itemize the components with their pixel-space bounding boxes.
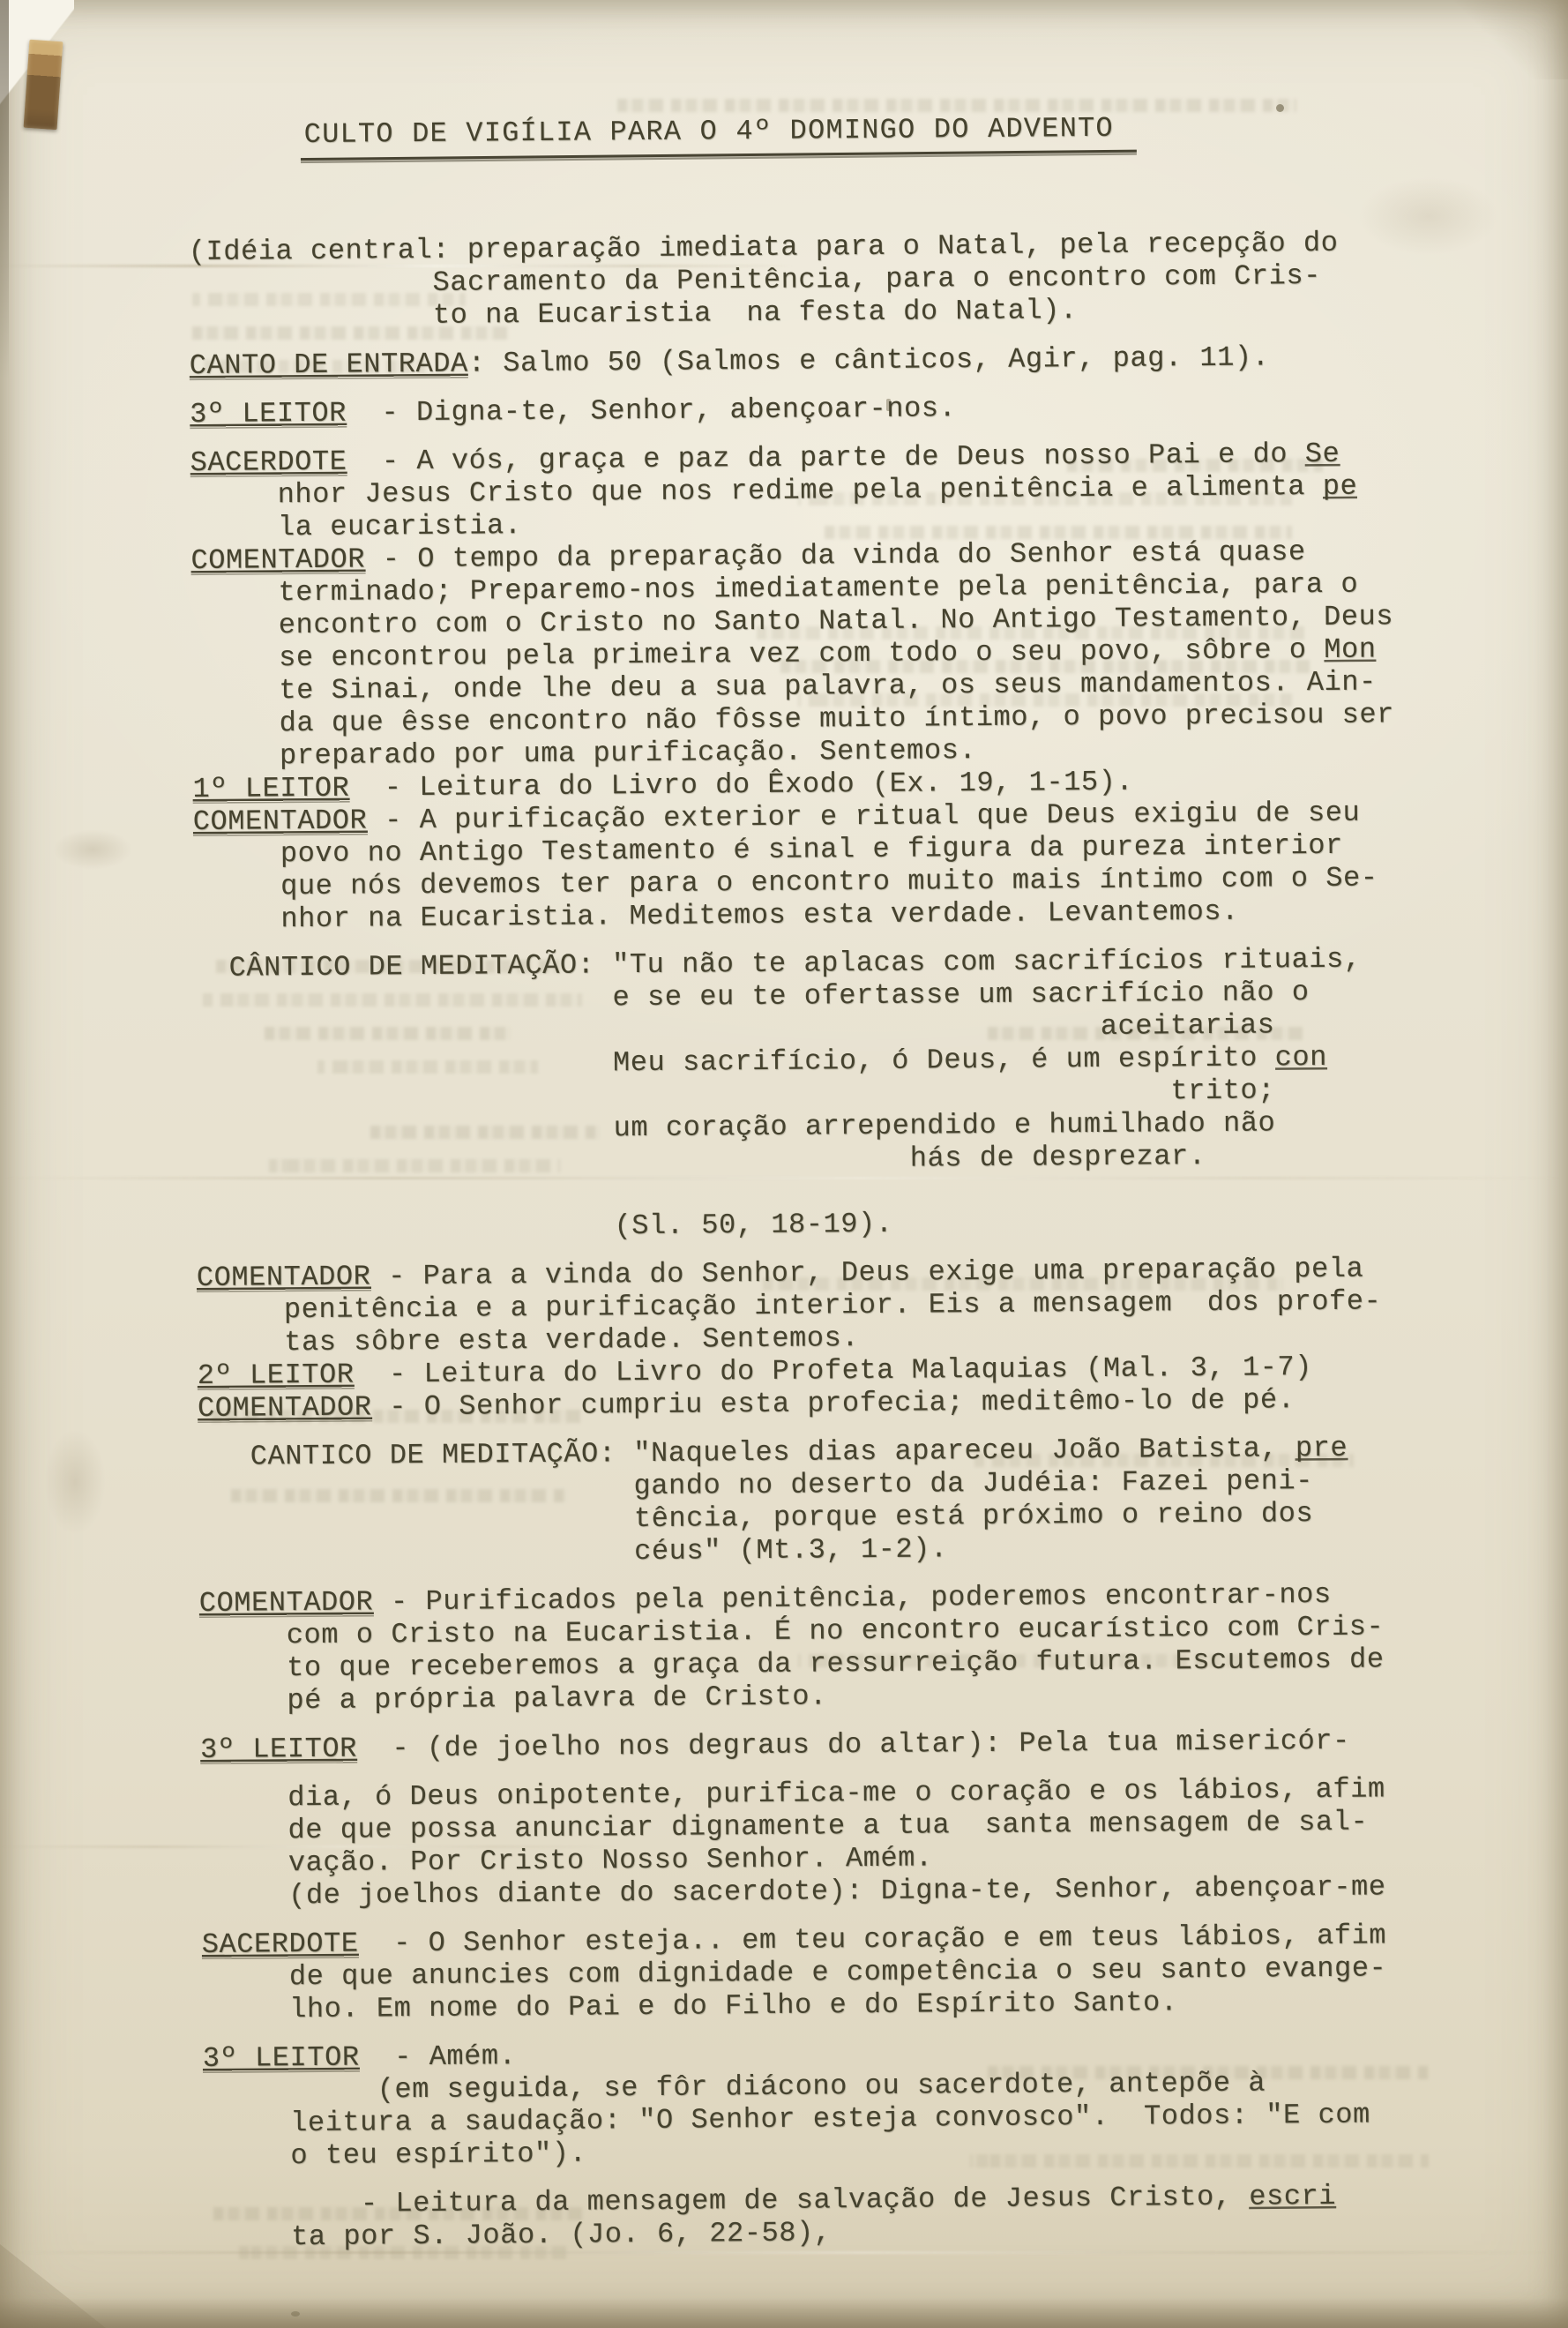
text-segment: to na Eucaristia na festa do Natal).: [189, 294, 1078, 333]
text-segment: : Salmo 50 (Salmos e cânticos, Agir, pag…: [468, 341, 1270, 379]
text-line: CANTO DE ENTRADA: Salmo 50 (Salmos e cân…: [190, 340, 1442, 382]
speaker-label: COMENTADOR: [190, 543, 365, 580]
text-segment: Se: [1305, 438, 1340, 470]
speaker-label: 1º LEITOR: [192, 772, 349, 807]
speaker-label: SACERDOTE: [190, 445, 347, 481]
text-segment: escri: [1249, 2180, 1336, 2213]
page-edge-shadow: [0, 0, 9, 379]
text-segment: - (de joelho nos degraus do altar): Pela…: [357, 1725, 1350, 1765]
corner-shadow-top-right: [1436, 0, 1568, 79]
text-segment: pre: [1295, 1432, 1348, 1464]
text-segment: lho. Em nome do Pai e do Filho e do Espí…: [202, 1986, 1177, 2026]
text-segment: ta por S. João. (Jo. 6, 22-58),: [204, 2216, 831, 2254]
speaker-label: SACERDOTE: [202, 1928, 359, 1963]
text-segment: pe: [1323, 470, 1358, 503]
text-segment: o teu espírito").: [204, 2137, 587, 2173]
text-segment: - Amém.: [359, 2040, 516, 2073]
speaker-label: COMENTADOR: [193, 805, 368, 841]
scanned-typewritten-page: { "document": { "title": "CULTO DE VIGÍL…: [0, 0, 1568, 2328]
document-section: - Leitura da mensagem de salvação de Jes…: [204, 2179, 1457, 2254]
speaker-label: 3º LEITOR: [200, 1733, 357, 1768]
text-segment: pé a própria palavra de Cristo.: [200, 1680, 827, 1718]
text-segment: céus" (Mt.3, 1-2).: [198, 1532, 948, 1571]
document-section: 3º LEITOR - Digna-te, Senhor, abençoar-n…: [190, 388, 1442, 430]
speaker-label: 3º LEITOR: [203, 2041, 360, 2077]
document-section: COMENTADOR - A purificação exterior e ri…: [193, 796, 1446, 936]
speaker-label: 3º LEITOR: [190, 397, 347, 432]
text-segment: - Digna-te, Senhor, abençoar-nos.: [347, 392, 957, 429]
document-body: (Idéia central: preparação imediata para…: [189, 226, 1457, 2254]
document-section: dia, ó Deus onipotente, purifica-me o co…: [200, 1772, 1453, 1913]
document-section: SACERDOTE - A vós, graça e paz da parte …: [190, 437, 1444, 544]
text-line: 3º LEITOR - (de joelho nos degraus do al…: [200, 1724, 1452, 1766]
speaker-label: CANTO DE ENTRADA: [190, 348, 468, 384]
text-segment: (Sl. 50, 18-19).: [196, 1208, 892, 1246]
typewritten-content: CULTO DE VIGÍLIA PARA O 4º DOMINGO DO AD…: [188, 109, 1457, 2254]
document-section: COMENTADOR - O tempo da preparação da vi…: [190, 535, 1445, 773]
speaker-label: 2º LEITOR: [198, 1359, 355, 1394]
text-line: 3º LEITOR - Digna-te, Senhor, abençoar-n…: [190, 388, 1442, 430]
text-segment: - O Senhor cumpriu esta profecia; meditê…: [371, 1383, 1295, 1423]
document-section: SACERDOTE - O Senhor esteja.. em teu cor…: [202, 1919, 1455, 2026]
text-segment: nhor na Eucaristia. Meditemos esta verda…: [194, 895, 1239, 936]
document-section: 3º LEITOR - (de joelho nos degraus do al…: [200, 1724, 1452, 1766]
bottom-edge-shadow: [0, 2298, 1568, 2328]
document-section: CANTO DE ENTRADA: Salmo 50 (Salmos e cân…: [190, 340, 1442, 382]
text-segment: la eucaristia.: [190, 509, 522, 544]
text-segment: Mon: [1324, 633, 1377, 666]
document-section: COMENTADOR - Para a vinda do Senhor, Deu…: [197, 1252, 1450, 1359]
text-segment: tas sôbre esta verdade. Sentemos.: [197, 1321, 859, 1359]
document-section: COMENTADOR - Purificados pela penitência…: [199, 1577, 1452, 1718]
document-section: CANTICO DE MEDITAÇÃO: "Naqueles dias apa…: [198, 1431, 1451, 1571]
document-section: CÂNTICO DE MEDITAÇÃO: "Tu não te aplacas…: [194, 942, 1449, 1246]
adhesive-tape: [24, 40, 63, 130]
text-segment: con: [1275, 1041, 1328, 1074]
speaker-label: COMENTADOR: [198, 1390, 372, 1426]
speaker-label: COMENTADOR: [199, 1585, 374, 1621]
document-section: (Idéia central: preparação imediata para…: [189, 226, 1442, 333]
speaker-label: COMENTADOR: [197, 1260, 371, 1296]
document-section: 3º LEITOR - Amém. (em seguida, se fôr di…: [203, 2032, 1456, 2173]
